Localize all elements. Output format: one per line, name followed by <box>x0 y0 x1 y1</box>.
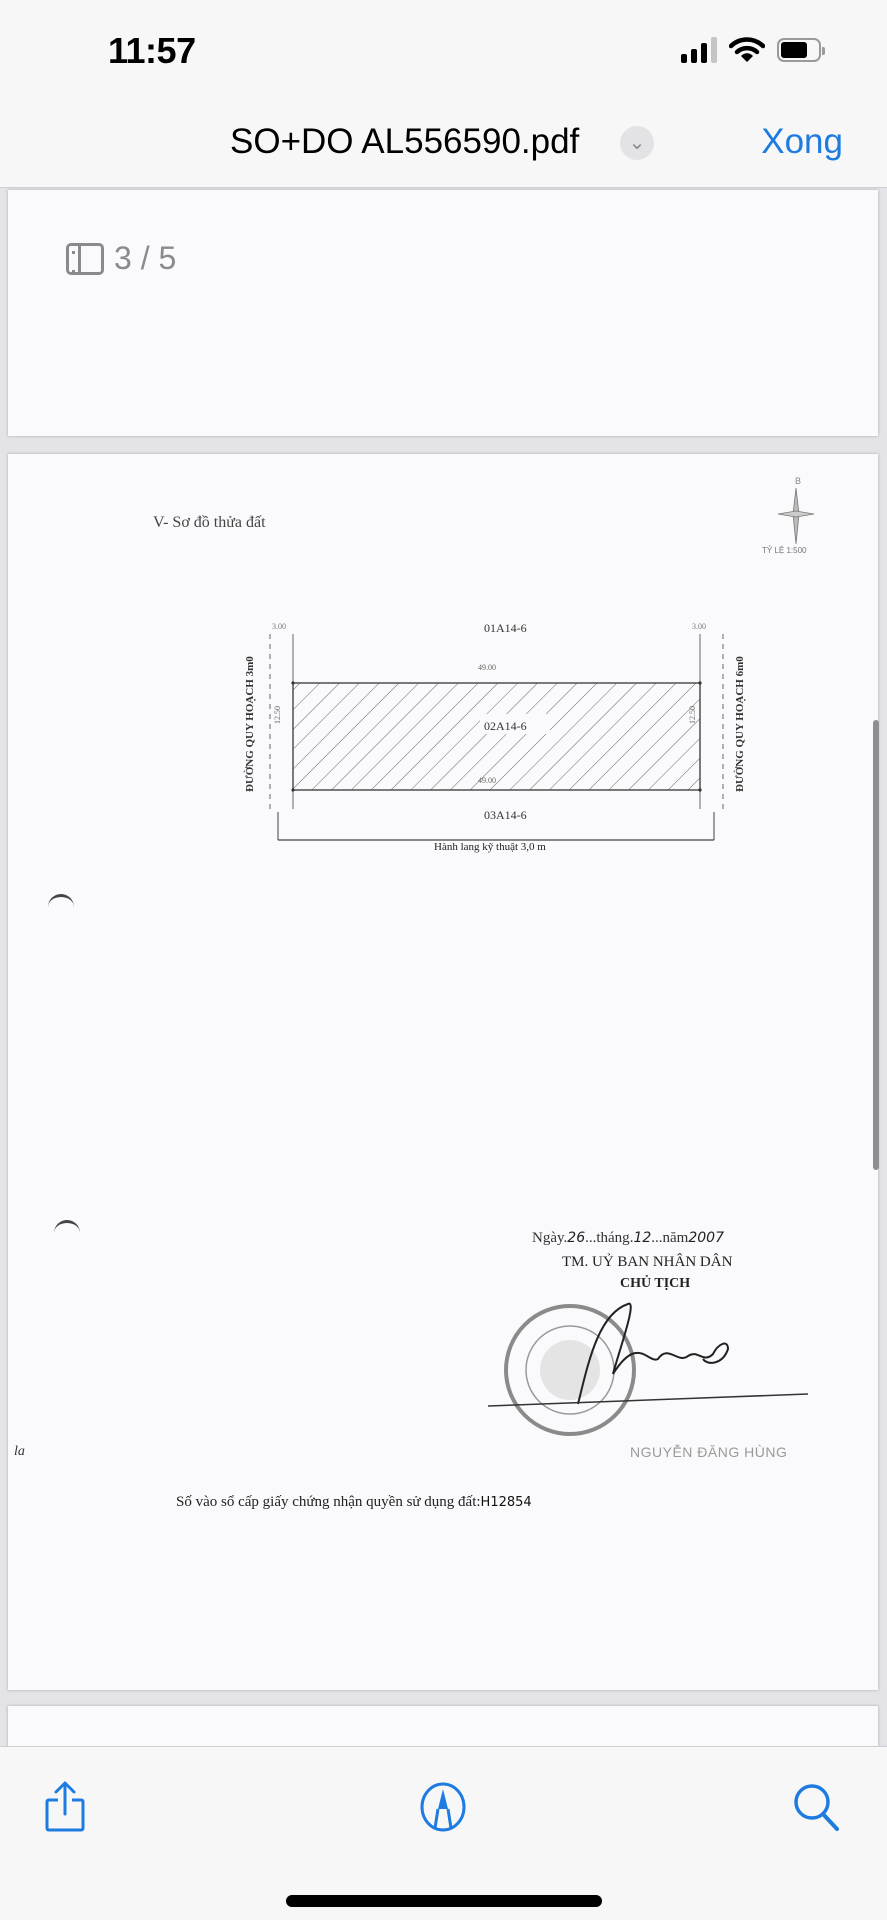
pdf-page-previous: 3 / 5 <box>8 190 878 436</box>
nav-bar: SO+DO AL556590.pdf ⌄ Xong <box>0 118 887 172</box>
wifi-icon <box>729 36 765 64</box>
markup-button[interactable] <box>418 1779 468 1835</box>
punch-hole <box>54 1220 80 1246</box>
top-bar: 11:57 SO+DO AL556590.pdf ⌄ Xong <box>0 0 887 188</box>
search-icon <box>792 1782 842 1832</box>
section-title: V- Sơ đồ thửa đất <box>153 514 266 532</box>
sidebar-icon <box>66 243 104 275</box>
parcel-south-label: 03A14-6 <box>484 808 527 823</box>
land-plot-diagram <box>230 614 730 854</box>
punch-hole <box>48 894 74 920</box>
page-indicator[interactable]: 3 / 5 <box>66 240 176 277</box>
margin-mark: la <box>14 1444 25 1460</box>
status-icons <box>681 36 821 64</box>
vertical-scrollbar[interactable] <box>873 720 879 1170</box>
official-stamp-and-signature <box>488 1294 818 1444</box>
markup-pen-icon <box>418 1781 468 1833</box>
status-time: 11:57 <box>108 30 196 72</box>
bottom-length-label: 49.00 <box>478 776 496 785</box>
pdf-page-current: V- Sơ đồ thửa đất B TỶ LỆ 1:500 <box>8 454 878 1690</box>
parcel-north-label: 01A14-6 <box>484 621 527 636</box>
chair-label: CHỦ TỊCH <box>620 1276 690 1292</box>
council-label: TM. UỶ BAN NHÂN DÂN <box>562 1254 732 1271</box>
done-button[interactable]: Xong <box>761 122 843 162</box>
north-arrow-icon: B <box>768 474 828 554</box>
corridor-label: Hành lang kỹ thuật 3,0 m <box>434 841 546 853</box>
parcel-main-label: 02A14-6 <box>484 719 527 734</box>
left-road-label: ĐƯỜNG QUY HOẠCH 3m0 <box>244 656 256 792</box>
left-setback-label: 3.00 <box>272 622 286 631</box>
bottom-toolbar <box>0 1746 887 1920</box>
document-title[interactable]: SO+DO AL556590.pdf <box>230 122 579 162</box>
signer-name: NGUYỄN ĐĂNG HÙNG <box>630 1444 787 1460</box>
search-button[interactable] <box>792 1779 842 1835</box>
top-length-label: 49.00 <box>478 663 496 672</box>
cellular-signal-icon <box>681 37 717 63</box>
right-setback-label: 3.00 <box>692 622 706 631</box>
share-icon <box>43 1780 87 1834</box>
registration-line: Số vào sổ cấp giấy chứng nhận quyền sử d… <box>176 1494 532 1511</box>
svg-text:B: B <box>795 476 801 486</box>
chevron-down-icon[interactable]: ⌄ <box>620 126 654 160</box>
share-button[interactable] <box>40 1779 90 1835</box>
home-indicator[interactable] <box>286 1895 602 1907</box>
right-road-label: ĐƯỜNG QUY HOẠCH 6m0 <box>734 656 746 792</box>
page-indicator-label: 3 / 5 <box>114 240 176 277</box>
battery-icon <box>777 38 821 62</box>
signature-date: Ngày.26...tháng.12...năm2007 <box>532 1230 724 1247</box>
pdf-viewer-screen: 11:57 SO+DO AL556590.pdf ⌄ Xong 3 / 5 V-… <box>0 0 887 1920</box>
scale-label: TỶ LỆ 1:500 <box>762 546 806 555</box>
right-width-label: 12.50 <box>688 706 697 724</box>
left-width-label: 12.50 <box>273 706 282 724</box>
